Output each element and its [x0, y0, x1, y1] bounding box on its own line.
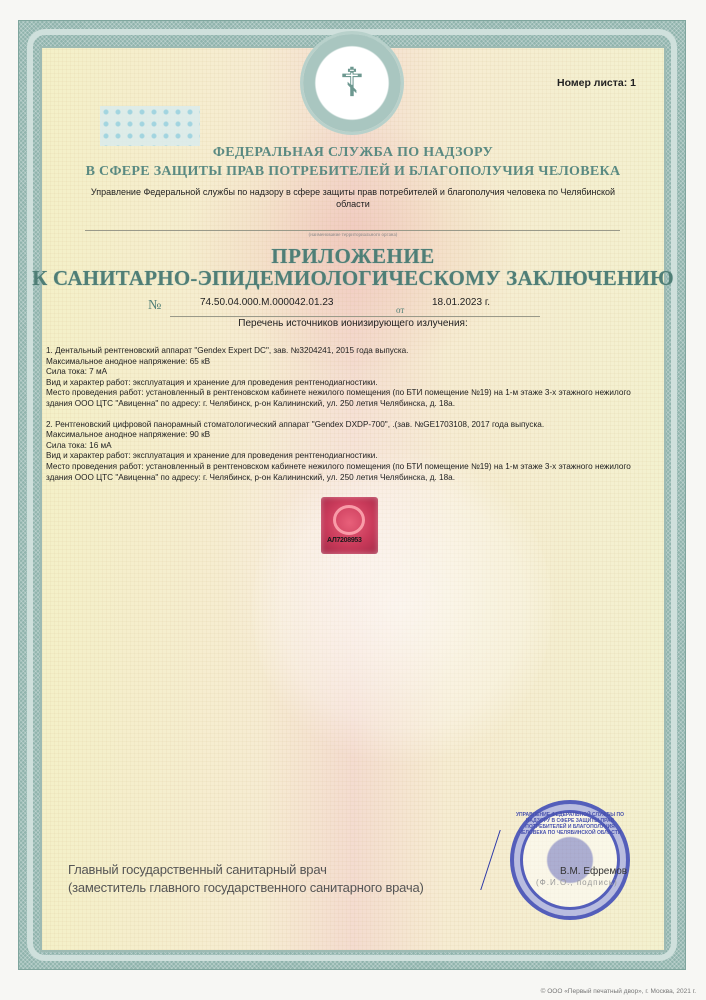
- number-underline: [170, 316, 430, 317]
- conclusion-number: 74.50.04.000.M.000042.01.23: [200, 297, 333, 308]
- number-sign: №: [148, 298, 161, 314]
- hologram-sticker: АЛ7208953: [321, 497, 378, 554]
- territorial-department: Управление Федеральной службы по надзору…: [80, 186, 626, 210]
- device-work-type: Вид и характер работ: эксплуатация и хра…: [46, 451, 646, 462]
- security-hologram-strip: [100, 106, 200, 146]
- watermark-rosette: [252, 448, 552, 768]
- agency-title-line2: В СФЕРЕ ЗАЩИТЫ ПРАВ ПОТРЕБИТЕЛЕЙ И БЛАГО…: [0, 164, 706, 180]
- signer-position-line2: (заместитель главного государственного с…: [68, 879, 424, 897]
- agency-title-line1: ФЕДЕРАЛЬНАЯ СЛУЖБА ПО НАДЗОРУ: [0, 145, 706, 161]
- hologram-serial: АЛ7208953: [327, 537, 362, 544]
- device-current: Сила тока: 7 мА: [46, 367, 646, 378]
- device-work-type: Вид и характер работ: эксплуатация и хра…: [46, 378, 646, 389]
- list-item: 1. Дентальный рентгеновский аппарат "Gen…: [46, 346, 646, 410]
- list-item: 2. Рентгеновский цифровой панорамный сто…: [46, 420, 646, 484]
- device-description: 1. Дентальный рентгеновский аппарат "Gen…: [46, 346, 646, 357]
- signer-name-caption: (Ф.И.О., подпись): [536, 878, 618, 887]
- annex-subtitle: К САНИТАРНО-ЭПИДЕМИОЛОГИЧЕСКОМУ ЗАКЛЮЧЕН…: [0, 266, 706, 291]
- signer-position-line1: Главный государственный санитарный врач: [68, 861, 424, 879]
- sheet-number: Номер листа: 1: [557, 77, 636, 89]
- device-location: Место проведения работ: установленный в …: [46, 462, 646, 483]
- device-voltage: Максимальное анодное напряжение: 90 кВ: [46, 430, 646, 441]
- sources-list-title: Перечень источников ионизирующего излуче…: [0, 318, 706, 329]
- device-voltage: Максимальное анодное напряжение: 65 кВ: [46, 357, 646, 368]
- date-label: от: [396, 305, 404, 315]
- printer-imprint: © ООО «Первый печатный двор», г. Москва,…: [541, 988, 696, 995]
- coat-of-arms-icon: ☦: [339, 63, 365, 103]
- department-underline: [85, 230, 620, 231]
- official-seal: УПРАВЛЕНИЕ ФЕДЕРАЛЬНОЙ СЛУЖБЫ ПО НАДЗОРУ…: [510, 800, 630, 920]
- conclusion-date: 18.01.2023 г.: [432, 297, 490, 308]
- emblem-medallion: ☦: [303, 34, 401, 132]
- hologram-logo-icon: [333, 505, 365, 535]
- device-description: 2. Рентгеновский цифровой панорамный сто…: [46, 420, 646, 431]
- device-location: Место проведения работ: установленный в …: [46, 388, 646, 409]
- device-current: Сила тока: 16 мА: [46, 441, 646, 452]
- sources-list: 1. Дентальный рентгеновский аппарат "Gen…: [46, 346, 646, 493]
- department-caption: (наименование территориального органа): [0, 233, 706, 238]
- date-underline: [420, 316, 540, 317]
- signer-name: В.М. Ефремов: [560, 866, 627, 877]
- seal-text: УПРАВЛЕНИЕ ФЕДЕРАЛЬНОЙ СЛУЖБЫ ПО НАДЗОРУ…: [514, 812, 626, 836]
- signer-position: Главный государственный санитарный врач …: [68, 861, 424, 897]
